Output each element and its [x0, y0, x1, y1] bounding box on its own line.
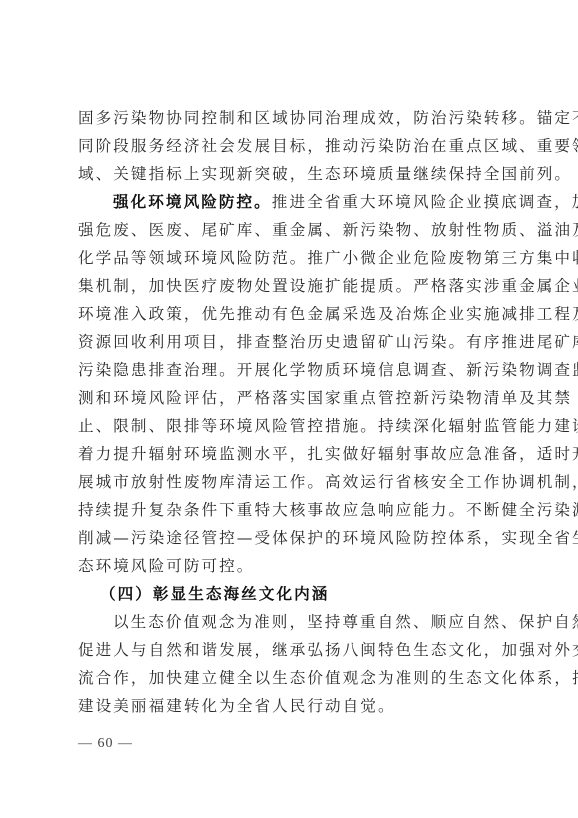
text-line: 展城市放射性废物库清运工作。高效运行省核安全工作协调机制，: [78, 468, 504, 496]
text-line: 强危废、医废、尾矿库、重金属、新污染物、放射性物质、溢油及: [78, 216, 504, 244]
text-line: 固多污染物协同控制和区域协同治理成效，防治污染转移。锚定不: [78, 104, 504, 132]
document-page: 固多污染物协同控制和区域协同治理成效，防治污染转移。锚定不 同阶段服务经济社会发…: [78, 104, 504, 720]
text-line: 域、关键指标上实现新突破，生态环境质量继续保持全国前列。: [78, 160, 504, 188]
paragraph-pollution-coordination: 固多污染物协同控制和区域协同治理成效，防治污染转移。锚定不 同阶段服务经济社会发…: [78, 104, 504, 188]
text-line: 削减—污染途径管控—受体保护的环境风险防控体系，实现全省生: [78, 524, 504, 552]
text-line: 以生态价值观念为准则，坚持尊重自然、顺应自然、保护自然，: [78, 608, 504, 636]
text-line: 态环境风险可防可控。: [78, 552, 504, 580]
text-line: 资源回收利用项目，排查整治历史遗留矿山污染。有序推进尾矿库: [78, 328, 504, 356]
text-line: 化学品等领域环境风险防范。推广小微企业危险废物第三方集中收: [78, 244, 504, 272]
paragraph-lead-heading: 强化环境风险防控。: [113, 192, 272, 211]
text-line: 强化环境风险防控。推进全省重大环境风险企业摸底调查，加: [78, 188, 504, 216]
text-line: 促进人与自然和谐发展，继承弘扬八闽特色生态文化，加强对外交: [78, 636, 504, 664]
text-line: 建设美丽福建转化为全省人民行动自觉。: [78, 692, 504, 720]
paragraph-first-line-text: 推进全省重大环境风险企业摸底调查，加: [272, 193, 578, 211]
text-line: 流合作，加快建立健全以生态价值观念为准则的生态文化体系，把: [78, 664, 504, 692]
text-line: 污染隐患排查治理。开展化学物质环境信息调查、新污染物调查监: [78, 356, 504, 384]
text-line: 环境准入政策，优先推动有色金属采选及冶炼企业实施减排工程及: [78, 300, 504, 328]
text-line: 同阶段服务经济社会发展目标，推动污染防治在重点区域、重要领: [78, 132, 504, 160]
text-line: 集机制，加快医疗废物处置设施扩能提质。严格落实涉重金属企业: [78, 272, 504, 300]
section-heading: （四）彰显生态海丝文化内涵: [78, 580, 504, 608]
text-line: 持续提升复杂条件下重特大核事故应急响应能力。不断健全污染源: [78, 496, 504, 524]
paragraph-eco-culture: 以生态价值观念为准则，坚持尊重自然、顺应自然、保护自然， 促进人与自然和谐发展，…: [78, 608, 504, 720]
text-line: 止、限制、限排等环境风险管控措施。持续深化辐射监管能力建设，: [78, 412, 504, 440]
paragraph-environmental-risk: 强化环境风险防控。推进全省重大环境风险企业摸底调查，加 强危废、医废、尾矿库、重…: [78, 188, 504, 580]
text-line: 着力提升辐射环境监测水平，扎实做好辐射事故应急准备，适时开: [78, 440, 504, 468]
page-number: — 60 —: [78, 736, 133, 752]
text-line: 测和环境风险评估，严格落实国家重点管控新污染物清单及其禁: [78, 384, 504, 412]
